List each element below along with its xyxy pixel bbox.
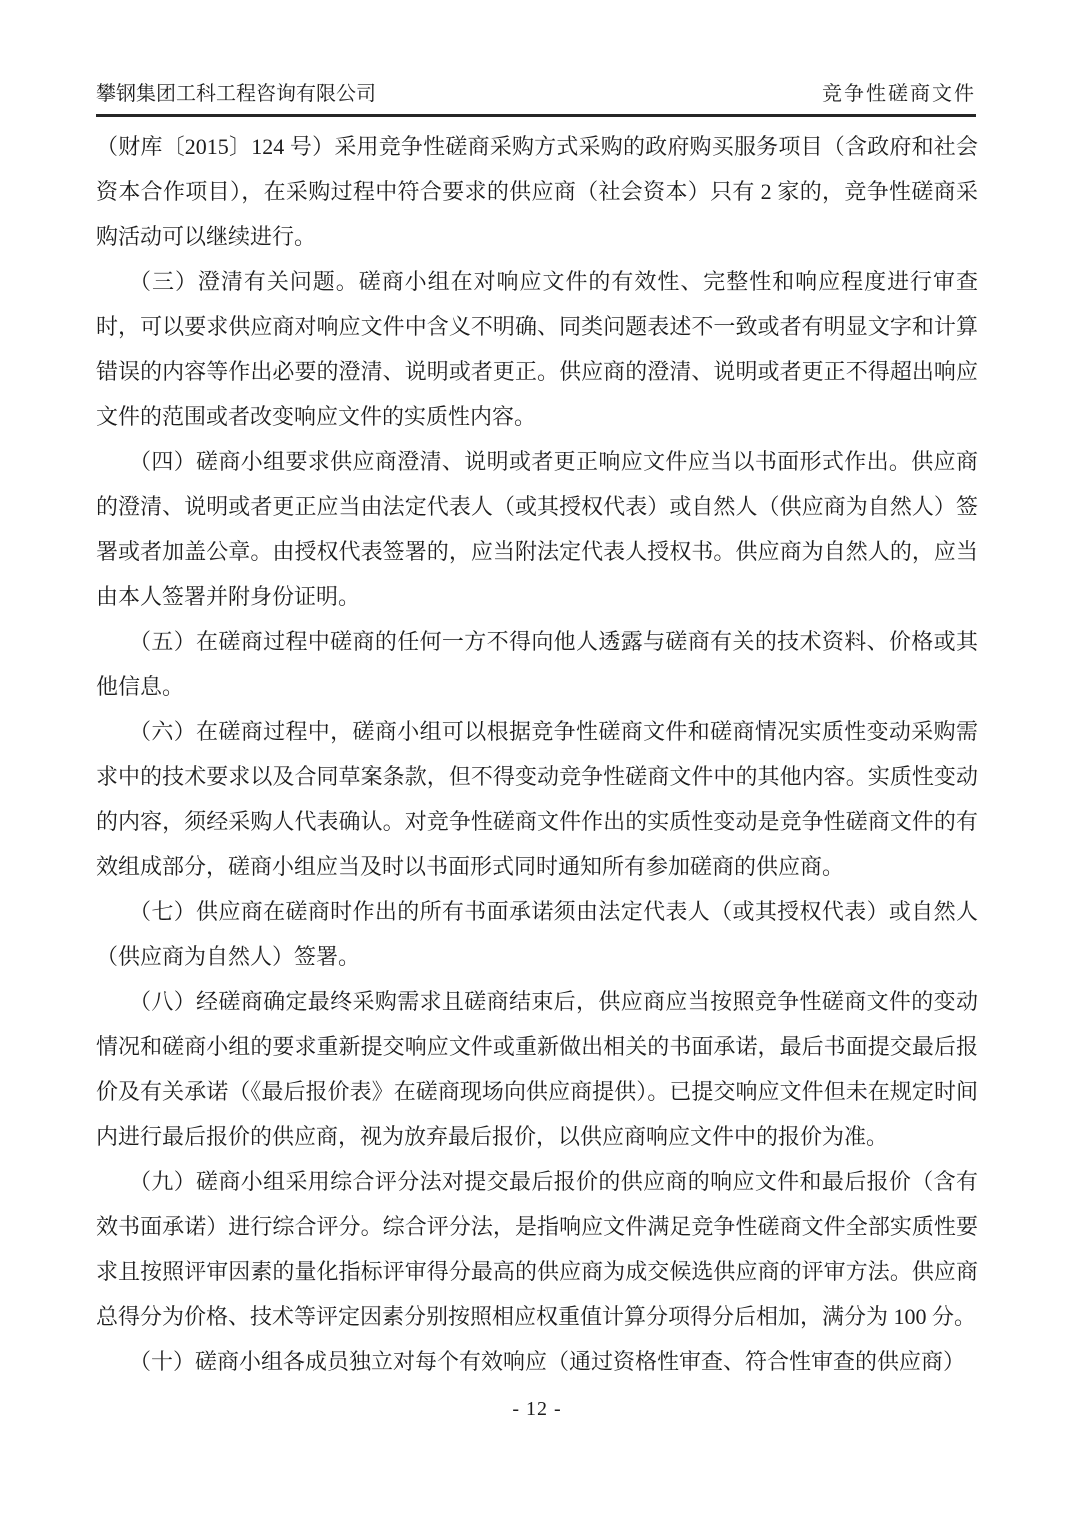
document-page: 攀钢集团工科工程咨询有限公司 竞争性磋商文件 （财库〔2015〕124 号）采用… <box>0 0 1074 1520</box>
paragraph-item-8: （八）经磋商确定最终采购需求且磋商结束后，供应商应当按照竞争性磋商文件的变动情况… <box>96 979 978 1159</box>
page-footer: - 12 - <box>0 1398 1074 1421</box>
paragraph-continuation: （财库〔2015〕124 号）采用竞争性磋商采购方式采购的政府购买服务项目（含政… <box>96 124 978 259</box>
page-header: 攀钢集团工科工程咨询有限公司 竞争性磋商文件 <box>96 82 976 117</box>
document-body: （财库〔2015〕124 号）采用竞争性磋商采购方式采购的政府购买服务项目（含政… <box>96 124 978 1384</box>
paragraph-item-4: （四）磋商小组要求供应商澄清、说明或者更正响应文件应当以书面形式作出。供应商的澄… <box>96 439 978 619</box>
page-number: - 12 - <box>512 1398 561 1420</box>
paragraph-item-6: （六）在磋商过程中，磋商小组可以根据竞争性磋商文件和磋商情况实质性变动采购需求中… <box>96 709 978 889</box>
paragraph-item-10: （十）磋商小组各成员独立对每个有效响应（通过资格性审查、符合性审查的供应商） <box>96 1339 978 1384</box>
paragraph-item-3: （三）澄清有关问题。磋商小组在对响应文件的有效性、完整性和响应程度进行审查时，可… <box>96 259 978 439</box>
header-company-name: 攀钢集团工科工程咨询有限公司 <box>96 82 376 106</box>
paragraph-item-7: （七）供应商在磋商时作出的所有书面承诺须由法定代表人（或其授权代表）或自然人（供… <box>96 889 978 979</box>
paragraph-item-5: （五）在磋商过程中磋商的任何一方不得向他人透露与磋商有关的技术资料、价格或其他信… <box>96 619 978 709</box>
paragraph-item-9: （九）磋商小组采用综合评分法对提交最后报价的供应商的响应文件和最后报价（含有效书… <box>96 1159 978 1339</box>
header-doc-type: 竞争性磋商文件 <box>822 82 976 106</box>
